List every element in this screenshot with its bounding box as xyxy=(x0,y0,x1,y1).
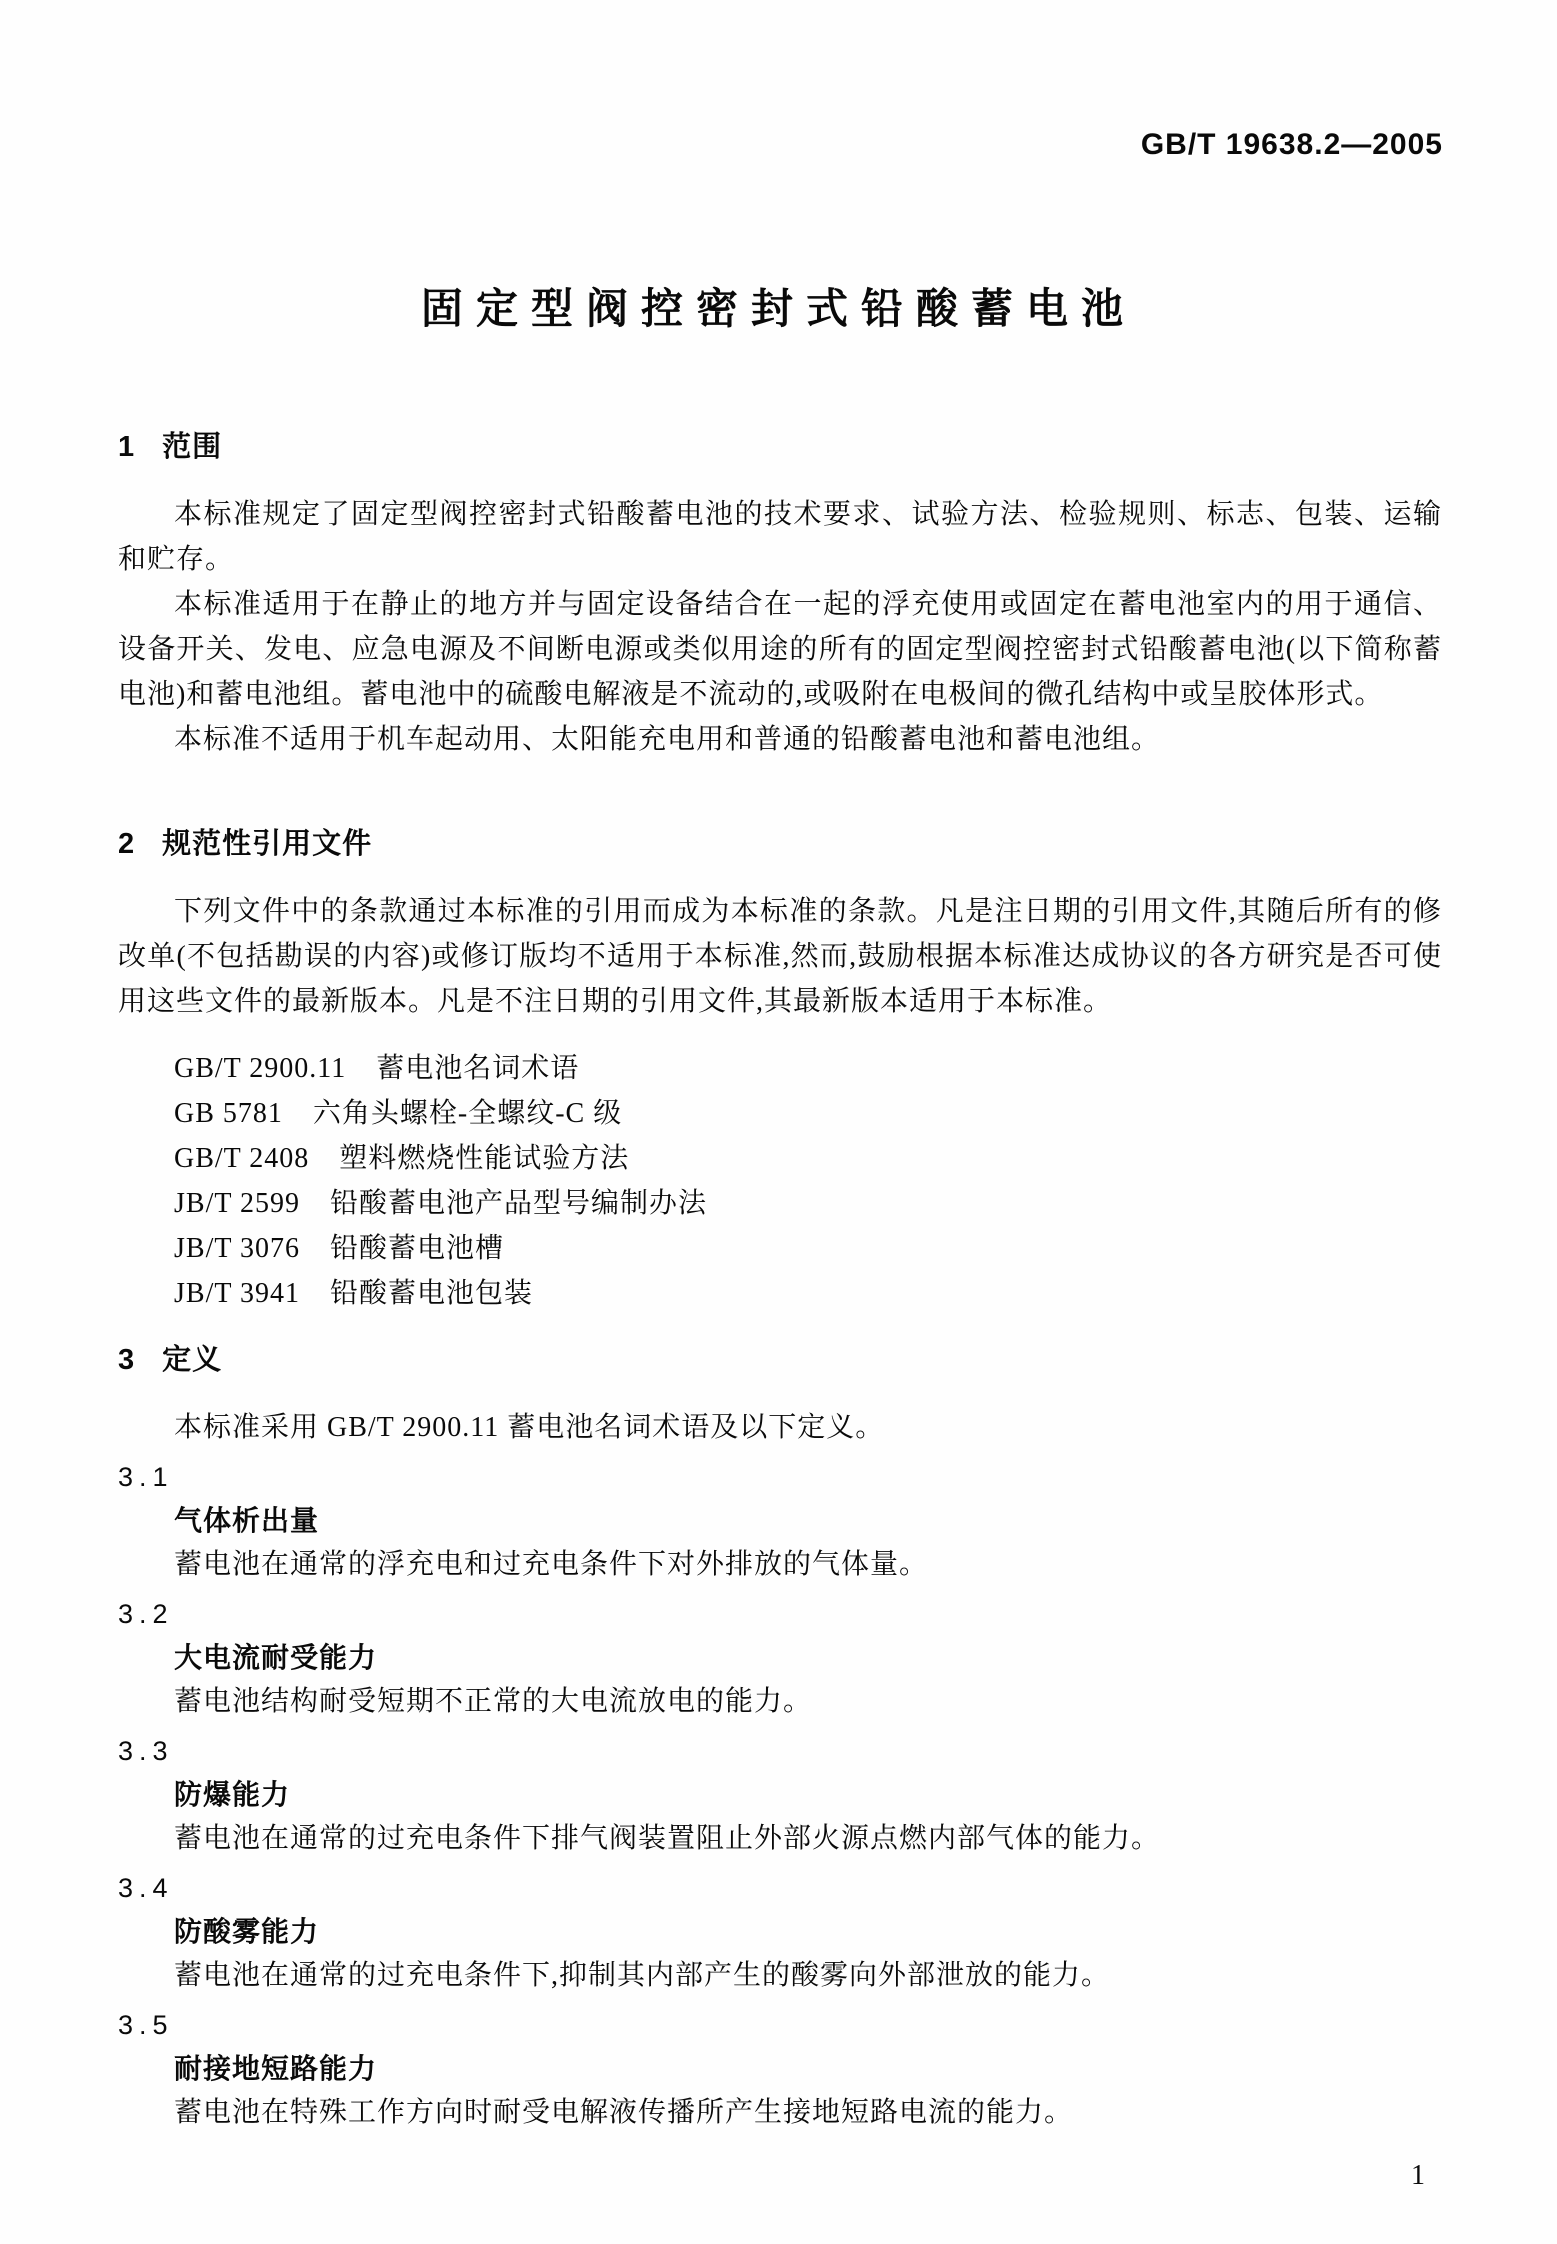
definition-item: 3.2 大电流耐受能力 蓄电池结构耐受短期不正常的大电流放电的能力。 xyxy=(118,1592,1442,1724)
reference-item: GB/T 2408塑料燃烧性能试验方法 xyxy=(118,1136,1442,1181)
reference-code: JB/T 3941 xyxy=(174,1271,300,1316)
definition-text: 蓄电池在通常的浮充电和过充电条件下对外排放的气体量。 xyxy=(118,1543,1442,1587)
section-2-title: 规范性引用文件 xyxy=(162,828,372,860)
clause-number: 3.3 xyxy=(118,1729,1442,1773)
section-1-title: 范围 xyxy=(162,431,222,463)
document-body: 1范围 本标准规定了固定型阀控密封式铅酸蓄电池的技术要求、试验方法、检验规则、标… xyxy=(118,425,1442,2135)
clause-number: 3.4 xyxy=(118,1866,1442,1910)
reference-code: JB/T 2599 xyxy=(174,1181,300,1226)
scope-paragraph-3: 本标准不适用于机车起动用、太阳能充电用和普通的铅酸蓄电池和蓄电池组。 xyxy=(118,717,1442,762)
reference-title: 六角头螺栓-全螺纹-C 级 xyxy=(313,1091,622,1136)
definition-term: 防爆能力 xyxy=(118,1773,1442,1817)
scope-paragraph-1: 本标准规定了固定型阀控密封式铅酸蓄电池的技术要求、试验方法、检验规则、标志、包装… xyxy=(118,492,1442,582)
section-1-heading: 1范围 xyxy=(118,425,1442,470)
definition-item: 3.5 耐接地短路能力 蓄电池在特殊工作方向时耐受电解液传播所产生接地短路电流的… xyxy=(118,2003,1442,2135)
clause-number: 3.5 xyxy=(118,2003,1442,2047)
reference-item: GB/T 2900.11蓄电池名词术语 xyxy=(118,1046,1442,1091)
definition-text: 蓄电池在通常的过充电条件下排气阀装置阻止外部火源点燃内部气体的能力。 xyxy=(118,1817,1442,1861)
definition-item: 3.4 防酸雾能力 蓄电池在通常的过充电条件下,抑制其内部产生的酸雾向外部泄放的… xyxy=(118,1866,1442,1998)
section-1-number: 1 xyxy=(118,425,135,470)
clause-number: 3.2 xyxy=(118,1592,1442,1636)
reference-item: JB/T 2599铅酸蓄电池产品型号编制办法 xyxy=(118,1181,1442,1226)
page-number: 1 xyxy=(1411,2160,1425,2192)
definition-text: 蓄电池在通常的过充电条件下,抑制其内部产生的酸雾向外部泄放的能力。 xyxy=(118,1954,1442,1998)
section-2-heading: 2规范性引用文件 xyxy=(118,822,1442,867)
definition-text: 蓄电池结构耐受短期不正常的大电流放电的能力。 xyxy=(118,1680,1442,1724)
reference-item: GB 5781六角头螺栓-全螺纹-C 级 xyxy=(118,1091,1442,1136)
document-page: GB/T 19638.2—2005 固定型阀控密封式铅酸蓄电池 1范围 本标准规… xyxy=(0,0,1557,2244)
section-2-number: 2 xyxy=(118,822,135,867)
reference-title: 铅酸蓄电池包装 xyxy=(330,1271,533,1316)
reference-code: GB/T 2900.11 xyxy=(174,1046,346,1091)
definition-item: 3.3 防爆能力 蓄电池在通常的过充电条件下排气阀装置阻止外部火源点燃内部气体的… xyxy=(118,1729,1442,1861)
normative-refs-paragraph: 下列文件中的条款通过本标准的引用而成为本标准的条款。凡是注日期的引用文件,其随后… xyxy=(118,889,1442,1024)
definitions-intro: 本标准采用 GB/T 2900.11 蓄电池名词术语及以下定义。 xyxy=(118,1405,1442,1450)
section-3-number: 3 xyxy=(118,1338,135,1383)
reference-code: JB/T 3076 xyxy=(174,1226,300,1271)
document-title: 固定型阀控密封式铅酸蓄电池 xyxy=(0,276,1557,336)
definition-term: 大电流耐受能力 xyxy=(118,1636,1442,1680)
definition-text: 蓄电池在特殊工作方向时耐受电解液传播所产生接地短路电流的能力。 xyxy=(118,2091,1442,2135)
section-3-title: 定义 xyxy=(162,1344,222,1376)
reference-code: GB/T 2408 xyxy=(174,1136,309,1181)
reference-title: 铅酸蓄电池槽 xyxy=(330,1226,504,1271)
reference-code: GB 5781 xyxy=(174,1091,283,1136)
reference-title: 蓄电池名词术语 xyxy=(376,1046,579,1091)
definition-term: 气体析出量 xyxy=(118,1499,1442,1543)
scope-paragraph-2: 本标准适用于在静止的地方并与固定设备结合在一起的浮充使用或固定在蓄电池室内的用于… xyxy=(118,582,1442,717)
clause-number: 3.1 xyxy=(118,1455,1442,1499)
definition-term: 耐接地短路能力 xyxy=(118,2047,1442,2091)
reference-item: JB/T 3076铅酸蓄电池槽 xyxy=(118,1226,1442,1271)
definition-term: 防酸雾能力 xyxy=(118,1910,1442,1954)
section-3-heading: 3定义 xyxy=(118,1338,1442,1383)
standard-code: GB/T 19638.2—2005 xyxy=(1141,128,1443,162)
reference-item: JB/T 3941铅酸蓄电池包装 xyxy=(118,1271,1442,1316)
definition-item: 3.1 气体析出量 蓄电池在通常的浮充电和过充电条件下对外排放的气体量。 xyxy=(118,1455,1442,1587)
reference-title: 塑料燃烧性能试验方法 xyxy=(339,1136,629,1181)
reference-title: 铅酸蓄电池产品型号编制办法 xyxy=(330,1181,707,1226)
